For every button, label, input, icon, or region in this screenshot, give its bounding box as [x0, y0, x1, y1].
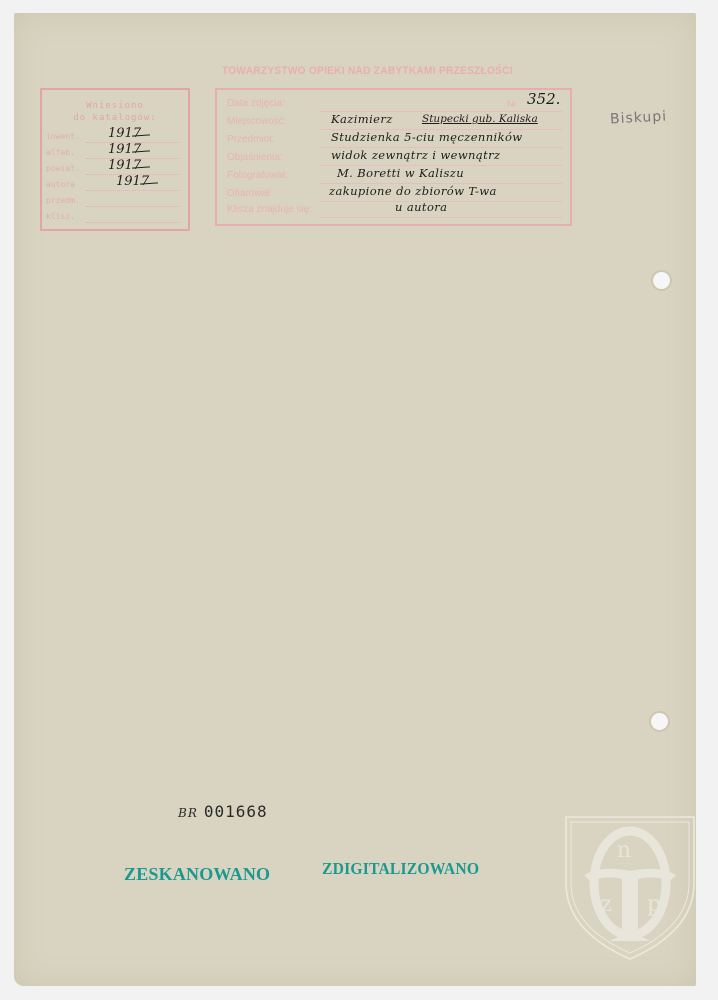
card-place-addition: Stupecki gub. Kaliska: [422, 113, 538, 125]
punch-hole-top: [653, 272, 670, 289]
scanned-stamp: ZESKANOWANO: [124, 864, 270, 885]
card-label: Miejscowość:: [227, 116, 286, 127]
card-value: Studzienka 5-ciu męczenników: [331, 130, 523, 144]
svg-text:z: z: [600, 892, 612, 917]
catalog-stamp-title: Wniesiono do katalogów:: [42, 100, 188, 124]
inventory-value: 001668: [204, 802, 268, 821]
catalog-value: 1917: [108, 126, 141, 141]
card-label: Data zdjęcia:: [227, 98, 285, 109]
card-row-photographer: Fotografował: M. Boretti w Kaliszu: [227, 168, 562, 185]
card-number: 352.: [527, 90, 560, 108]
catalog-value: 1917: [116, 174, 149, 189]
document-page: Wniesiono do katalogów: inwent. 1917 alf…: [14, 13, 696, 986]
card-number-label: Nr: [507, 99, 517, 109]
card-row-subject: Przedmiot: Studzienka 5-ciu męczenników: [227, 132, 562, 149]
catalog-label: przedm.: [46, 196, 80, 205]
catalog-label: autora: [46, 180, 75, 189]
society-title: TOWARZYSTWO OPIEKI NAD ZABYTKAMI PRZESZŁ…: [222, 65, 513, 77]
punch-hole-bottom: [651, 713, 668, 730]
card-row-notes: Objaśnienia: widok zewnątrz i wewnątrz: [227, 150, 562, 167]
card-value: u autora: [395, 200, 447, 214]
svg-text:n: n: [617, 838, 631, 863]
catalog-value: 1917: [108, 158, 141, 173]
card-label: Przedmiot:: [227, 134, 275, 145]
catalog-row-przedm: przedm.: [46, 196, 182, 210]
catalog-stamp: Wniesiono do katalogów: inwent. 1917 alf…: [40, 88, 190, 231]
pencil-note: Biskupi: [610, 109, 668, 128]
catalog-row-powiat: powiat. 1917: [46, 164, 182, 178]
catalog-row-klisz: klisz.: [46, 212, 182, 226]
card-label: Ofiarował:: [227, 188, 272, 199]
card-value: Kazimierz: [331, 112, 393, 126]
society-emblem-watermark-icon: n z p: [562, 813, 698, 961]
card-row-place: Miejscowość: Kazimierz Stupecki gub. Kal…: [227, 114, 562, 131]
card-label: Objaśnienia:: [227, 152, 283, 163]
photo-card-stamp: Data zdjęcia: Nr 352. Miejscowość: Kazim…: [215, 88, 572, 226]
card-label: Fotografował:: [227, 170, 288, 181]
card-value: widok zewnątrz i wewnątrz: [331, 148, 501, 162]
catalog-label: powiat.: [46, 164, 80, 173]
catalog-label: klisz.: [46, 212, 75, 221]
inventory-number: BR001668: [178, 802, 268, 821]
svg-text:p: p: [647, 892, 661, 917]
catalog-row-autora: autora 1917: [46, 180, 182, 194]
catalog-title-line1: Wniesiono: [42, 100, 188, 112]
digitized-stamp: ZDIGITALIZOWANO: [322, 859, 479, 879]
catalog-label: inwent.: [46, 132, 80, 141]
card-row-date: Data zdjęcia: Nr 352.: [227, 96, 562, 113]
catalog-title-line2: do katalogów:: [42, 112, 188, 124]
catalog-label: alfab.: [46, 148, 75, 157]
card-label: Klisza znajduje się:: [227, 204, 312, 215]
card-value: zakupione do zbiorów T-wa: [329, 184, 497, 198]
card-row-negative: Klisza znajduje się: u autora: [227, 202, 562, 219]
inventory-prefix: BR: [178, 806, 198, 820]
card-value: M. Boretti w Kaliszu: [337, 166, 464, 180]
catalog-value: 1917: [108, 142, 141, 157]
